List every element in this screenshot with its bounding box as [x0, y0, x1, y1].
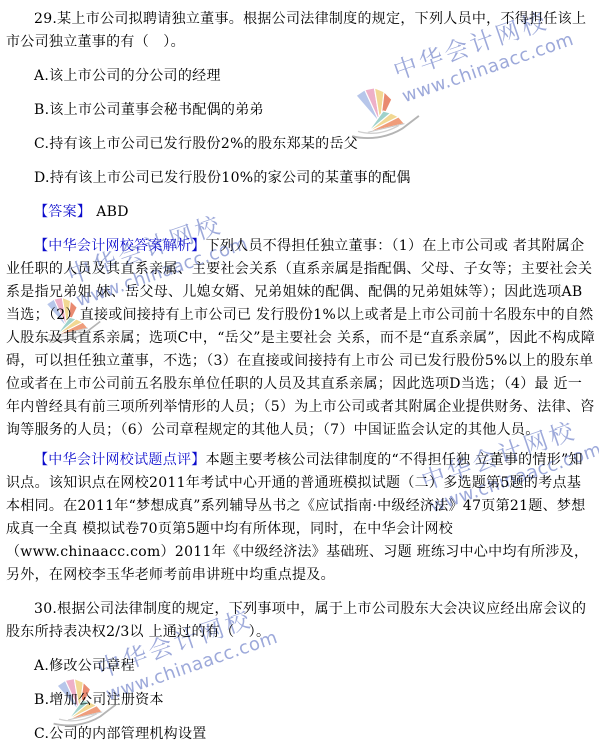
question-30-option-a: A.修改公司章程: [6, 655, 595, 678]
answer-label: 【答案】: [34, 204, 91, 220]
comment-label: 【中华会计网校试题点评】: [34, 452, 206, 468]
question-30-option-c: C.公司的内部管理机构设置: [6, 723, 595, 746]
question-29-option-a: A.该上市公司的分公司的经理: [6, 65, 595, 88]
question-29-stem: 29.某上市公司拟聘请独立董事。根据公司法律制度的规定，下列人员中，不得担任该上…: [6, 8, 595, 54]
question-30-option-b: B.增加公司注册资本: [6, 689, 595, 712]
question-29-option-d: D.持有该上市公司已发行股份10%的家公司的某董事的配偶: [6, 167, 595, 190]
analysis-label: 【中华会计网校答案解析】: [34, 238, 206, 254]
answer-value: ABD: [91, 204, 129, 220]
question-29-option-b: B.该上市公司董事会秘书配偶的弟弟: [6, 99, 595, 122]
document-content: 29.某上市公司拟聘请独立董事。根据公司法律制度的规定，下列人员中，不得担任该上…: [0, 0, 599, 746]
analysis-text: 下列人员不得担任独立董事：（1）在上市公司或 者其附属企业任职的人员及其直系亲属…: [6, 238, 595, 438]
analysis-paragraph: 【中华会计网校答案解析】下列人员不得担任独立董事：（1）在上市公司或 者其附属企…: [6, 235, 595, 442]
question-30-stem: 30.根据公司法律制度的规定，下列事项中，属于上市公司股东大会决议应经出席会议的…: [6, 598, 595, 644]
answer-line: 【答案】ABD: [6, 201, 595, 224]
comment-text: 本题主要考核公司法律制度的“不得担任独 立董事的情形”知识点。该知识点在网校20…: [6, 452, 588, 583]
comment-paragraph: 【中华会计网校试题点评】本题主要考核公司法律制度的“不得担任独 立董事的情形”知…: [6, 449, 595, 587]
question-29-option-c: C.持有该上市公司已发行股份2%的股东郑某的岳父: [6, 133, 595, 156]
exam-document-page: 中华会计网校 www.chinaacc.com 中华会计网校 www.china…: [0, 0, 599, 746]
